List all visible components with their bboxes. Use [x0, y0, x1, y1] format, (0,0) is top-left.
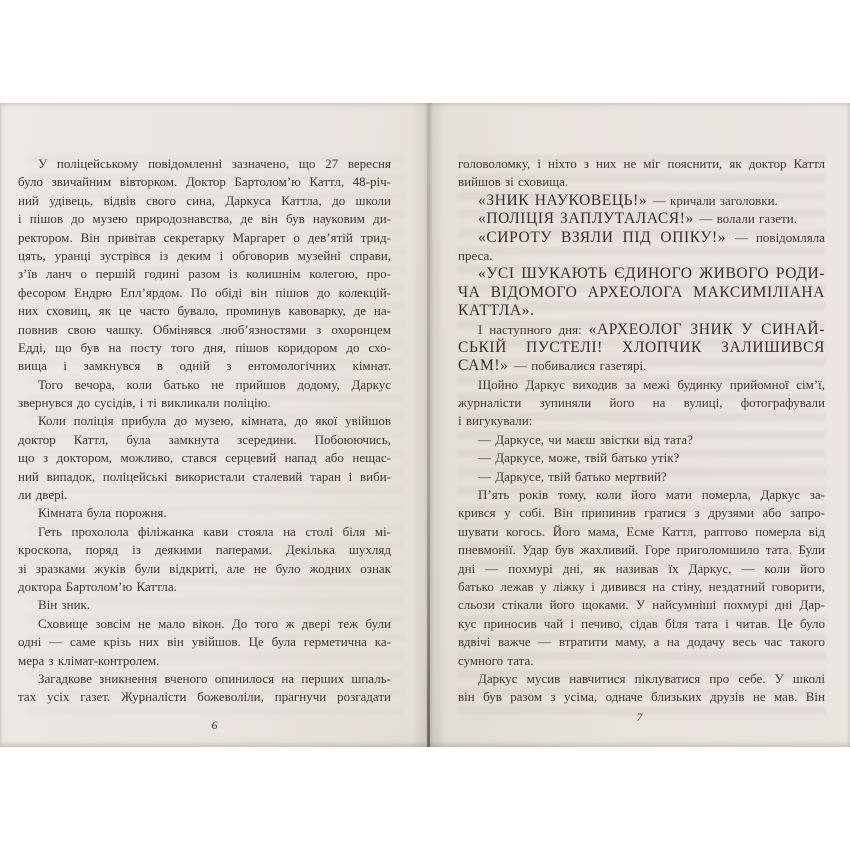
text-line: пневмонії. Удар був жахливий. Горе приго…	[458, 541, 825, 559]
text-line: що з доктором, можливо, стався серцевий …	[18, 449, 391, 467]
text-line: фесором Ендрю Епл’ярдом. По обіді він пі…	[18, 284, 391, 302]
text-line: ний удівець, відвів свого сина, Даркуса …	[18, 192, 391, 210]
text-line: «ПОЛІЦІЯ ЗАПЛУТАЛАСЯ!» — волали газети.	[458, 210, 825, 228]
text-line: Сховище зовсім не мало вікон. До того ж …	[18, 615, 391, 633]
text-line: — Даркусе, може, твій батько утік?	[458, 449, 825, 467]
text-line: сумного тата.	[458, 652, 825, 670]
text-line: сльози стікали його щоками. У найсумніші…	[458, 596, 825, 614]
text-line: одні — саме крізь них він увійшов. Це бу…	[18, 633, 391, 651]
text-line: шувати когось. Його мама, Есме Каттл, ра…	[458, 523, 825, 541]
text-line: кус приносив чай і печиво, сідав біля та…	[458, 615, 825, 633]
text-line: — Даркусе, чи маєш звістки від тата?	[458, 431, 825, 449]
text-line: доктор Каттл, була замкнута зсередини. П…	[18, 431, 391, 449]
text-line: І наступного дня: «АРХЕОЛОГ ЗНИК У СИНАЙ…	[458, 321, 825, 339]
open-book: У поліцейському повідомленні зазначено, …	[0, 103, 850, 747]
text-line: Він зник.	[18, 596, 391, 614]
text-line: Коли поліція прибула до музею, кімната, …	[18, 412, 391, 430]
book-spread-photo: У поліцейському повідомленні зазначено, …	[0, 0, 850, 850]
text-line: «УСІ ШУКАЮТЬ ЄДИНОГО ЖИВОГО РОДИ-	[458, 265, 825, 283]
text-line: кроскопа, поряд із деякими паперами. Дек…	[18, 541, 391, 559]
text-line: КАТТЛА».	[458, 302, 825, 320]
text-line: Геть прохолола філіжанка кави стояла на …	[18, 523, 391, 541]
text-line: цять, уранці зустрівся із деким і обгово…	[18, 247, 391, 265]
text-line: крився у собі. Він припинив гратися з др…	[458, 504, 825, 522]
text-line: преса.	[458, 247, 825, 265]
text-line: Щойно Даркус виходив за межі будинку при…	[458, 376, 825, 394]
text-line: — Даркусе, твій батько мертвий?	[458, 468, 825, 486]
page-left-text-column: У поліцейському повідомленні зазначено, …	[18, 155, 391, 707]
text-line: Едді, що був на посту того дня, пішов ко…	[18, 339, 391, 357]
text-line: СЬКІЙ ПУСТЕЛІ! ХЛОПЧИК ЗАЛИШИВСЯ	[458, 339, 825, 357]
text-line: «СИРОТУ ВЗЯЛИ ПІД ОПІКУ!» — повідомляла	[458, 229, 825, 247]
text-line: зі зразками жуків були відкриті, але не …	[18, 560, 391, 578]
book-page-right: головоломку, і ніхто з них не міг поясни…	[429, 103, 850, 747]
text-line: ректором. Він привітав секретарку Маргар…	[18, 229, 391, 247]
text-line: звернувся до сусідів, і ті викликали пол…	[18, 394, 391, 412]
text-line: було звичайним вівторком. Доктор Бартоло…	[18, 173, 391, 191]
page-right-text-column: головоломку, і ніхто з них не міг поясни…	[458, 155, 825, 707]
text-line: мера з клімат-контролем.	[18, 652, 391, 670]
text-line: САМ!» — побивалися газетярі.	[458, 357, 825, 375]
text-line: і вигукували:	[458, 412, 825, 430]
text-line: вийшов зі сховища.	[458, 173, 825, 191]
text-line: вдвічі важче — втратити маму, а на додач…	[458, 633, 825, 651]
text-line: Даркус мусив навчитися піклуватися про с…	[458, 670, 825, 688]
text-line: «ЗНИК НАУКОВЕЦЬ!» — кричали заголовки.	[458, 192, 825, 210]
text-line: вища і замкнувся в одній з ентомологічни…	[18, 357, 391, 375]
text-line: ний випадок, поліцейські використали ста…	[18, 468, 391, 486]
text-line: дні — похмурі дні, як називав їх Даркус,…	[458, 560, 825, 578]
text-line: і пішов до музею природознавства, де він…	[18, 210, 391, 228]
text-line: батько лежав у ліжку і дивився на стіну,…	[458, 578, 825, 596]
text-line: П’ять років тому, коли його мати померла…	[458, 486, 825, 504]
page-number-left: 6	[0, 718, 429, 733]
text-line: них сховищ, як це часто бувало, проминув…	[18, 302, 391, 320]
book-page-left: У поліцейському повідомленні зазначено, …	[0, 103, 429, 747]
text-line: ли двері.	[18, 486, 391, 504]
text-line: головоломку, і ніхто з них не міг поясни…	[458, 155, 825, 173]
text-line: тах усіх газет. Журналісти божеволіли, п…	[18, 688, 391, 706]
text-line: Того вечора, коли батько не прийшов додо…	[18, 376, 391, 394]
text-line: Кімната була порожня.	[18, 504, 391, 522]
text-line: журналісти зупиняли його на вулиці, фото…	[458, 394, 825, 412]
text-line: доктора Бартолом’ю Каттла.	[18, 578, 391, 596]
text-line: повнив свою чашку. Обмінявся люб’язностя…	[18, 321, 391, 339]
text-line: ЧА ВІДОМОГО АРХЕОЛОГА МАКСИМІЛІАНА	[458, 284, 825, 302]
text-line: він був разом з усіма, одначе близьких д…	[458, 688, 825, 706]
text-line: Загадкове зникнення вченого опинилося на…	[18, 670, 391, 688]
text-line: У поліцейському повідомленні зазначено, …	[18, 155, 391, 173]
text-line: з’їв ланч о першій годині разом із колиш…	[18, 265, 391, 283]
page-number-right: 7	[429, 710, 850, 725]
